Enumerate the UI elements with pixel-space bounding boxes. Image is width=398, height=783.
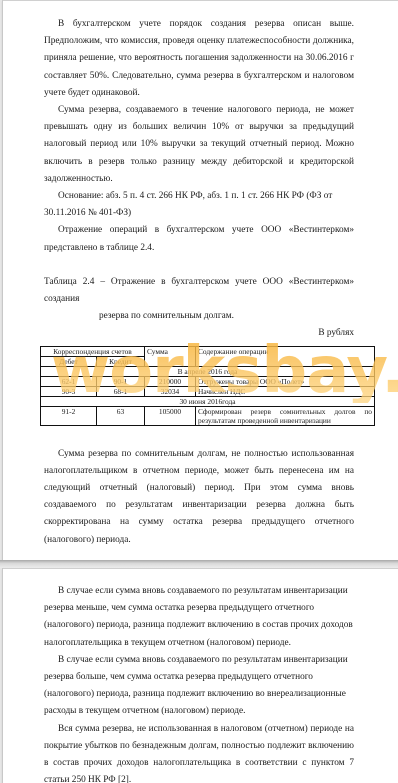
cell-credit: 63: [97, 406, 145, 425]
header-description: Содержание операции: [196, 346, 375, 366]
section-label-june: 30 июня 2016года: [41, 396, 375, 406]
paragraph-reserve-more: В случае если сумма вновь создаваемого п…: [44, 652, 354, 721]
paragraph-reserve-limit: Сумма резерва, создаваемого в течение на…: [44, 102, 354, 188]
table-row: 91-2 63 105000 Сформирован резерв сомнит…: [41, 406, 375, 425]
table-section-row: 30 июня 2016года: [41, 396, 375, 406]
paragraph-reserve-procedure: В бухгалтерском учете порядок создания р…: [44, 16, 354, 102]
ledger-table: Корреспонденция счетов Сумма Содержание …: [40, 346, 375, 426]
table-units: В рублях: [44, 325, 354, 342]
cell-debit: 90-3: [41, 386, 97, 396]
page-2-content: В случае если сумма вновь создаваемого п…: [44, 583, 354, 783]
table-header-row: Корреспонденция счетов Сумма Содержание …: [41, 346, 375, 356]
paragraph-legal-basis: Основание: абз. 5 п. 4 ст. 266 НК РФ, аб…: [44, 188, 354, 222]
header-credit: Кредит: [97, 356, 145, 366]
page-1-content: В бухгалтерском учете порядок создания р…: [44, 16, 354, 549]
document-page-1: В бухгалтерском учете порядок создания р…: [3, 0, 398, 561]
paragraph-unused-reserve: Вся сумма резерва, не использованная в н…: [44, 721, 354, 783]
cell-credit: 68-1: [97, 386, 145, 396]
cell-sum: 210000: [145, 376, 196, 386]
document-viewer[interactable]: В бухгалтерском учете порядок создания р…: [0, 0, 398, 783]
cell-description: Сформирован резерв сомнительных долгов п…: [196, 406, 375, 425]
paragraph-reserve-less: В случае если сумма вновь создаваемого п…: [44, 583, 354, 652]
table-row: 62-1 90-1 210000 Отгружены товары ООО «П…: [41, 376, 375, 386]
cell-credit: 90-1: [97, 376, 145, 386]
paragraph-table-reference: Отражение операций в бухгалтерском учете…: [44, 222, 354, 256]
section-label-april: В апреле 2016 года: [41, 366, 375, 376]
table-row: 90-3 68-1 32034 Начислен НДС: [41, 386, 375, 396]
header-account-correspondence: Корреспонденция счетов: [41, 346, 145, 356]
cell-debit: 91-2: [41, 406, 97, 425]
paragraph-reserve-carryover: Сумма резерва по сомнительным долгам, не…: [44, 446, 354, 549]
page-separator: [0, 560, 398, 568]
cell-sum: 32034: [145, 386, 196, 396]
cell-description: Отгружены товары ООО «Полет»: [196, 376, 375, 386]
header-sum: Сумма: [145, 346, 196, 366]
table-section-row: В апреле 2016 года: [41, 366, 375, 376]
cell-sum: 105000: [145, 406, 196, 425]
header-debit: Дебет: [41, 356, 97, 366]
document-page-2: В случае если сумма вновь создаваемого п…: [3, 568, 398, 783]
table-caption: Таблица 2.4 – Отражение в бухгалтерском …: [44, 274, 354, 308]
cell-description: Начислен НДС: [196, 386, 375, 396]
table-caption-continued: резерва по сомнительным долгам.: [44, 308, 354, 325]
cell-debit: 62-1: [41, 376, 97, 386]
